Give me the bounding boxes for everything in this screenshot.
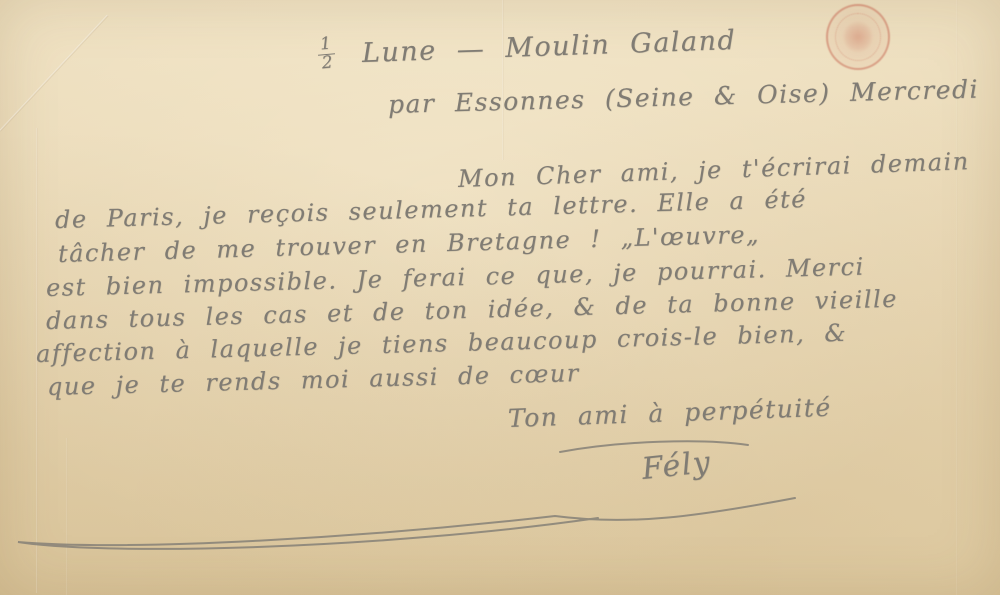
stamp-smudge: [844, 22, 872, 52]
signature: Fély: [640, 445, 713, 487]
header-place-line: Lune — Moulin Galand: [361, 25, 736, 69]
signature-paraph-stroke: [18, 498, 795, 549]
crease-center-top-vertical: [502, 0, 504, 160]
letter-page: 1 2 Lune — Moulin Galand par Essonnes (S…: [0, 0, 1000, 595]
closing-line: Ton ami à perpétuité: [507, 393, 832, 433]
body-line: Mon Cher ami, je t'écrirai demain: [458, 147, 971, 193]
fraction-denominator: 2: [318, 53, 336, 73]
fraction-numerator: 1: [319, 36, 331, 55]
header-address-date-line: par Essonnes (Seine & Oise) Mercredi: [388, 75, 980, 119]
fraction-one-half: 1 2: [316, 35, 336, 73]
crease-bottomleft-vertical: [66, 438, 68, 595]
red-collection-stamp-icon: [826, 4, 890, 70]
crease-topleft-diagonal: [0, 15, 108, 132]
